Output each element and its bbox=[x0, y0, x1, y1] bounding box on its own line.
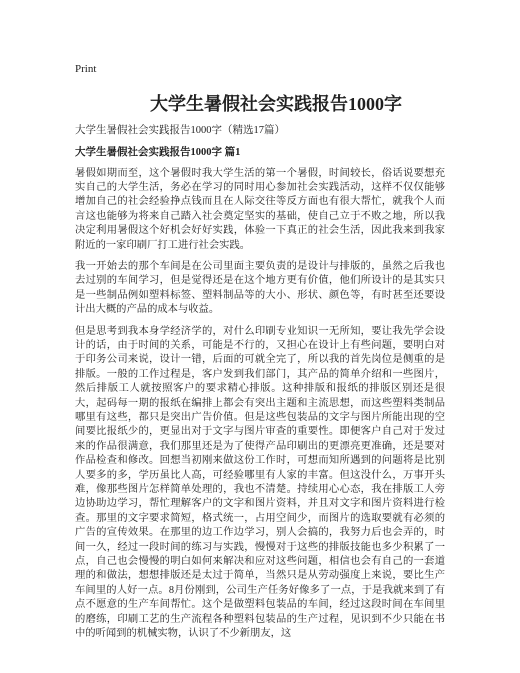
section-heading-part1: 大学生暑假社会实践报告1000字 篇1 bbox=[75, 146, 445, 160]
print-link[interactable]: Print bbox=[75, 63, 96, 76]
document-subtitle: 大学生暑假社会实践报告1000字（精选17篇） bbox=[75, 124, 445, 137]
body-paragraph-2: 我一开始去的那个车间是在公司里面主要负责的是设计与排版的，虽然之后我也去过别的车… bbox=[75, 260, 445, 318]
page-title: 大学生暑假社会实践报告1000字 bbox=[75, 93, 445, 115]
document-page: Print 大学生暑假社会实践报告1000字 大学生暑假社会实践报告1000字（… bbox=[0, 0, 520, 642]
body-paragraph-1: 暑假如期而至，这个暑假时我大学生活的第一个暑假，时间较长，俗话说要想充实自己的大… bbox=[75, 167, 445, 253]
body-paragraph-3: 但是思考到我本身学经济学的，对什么印刷专业知识一无所知，要让我先学会设计的话，由… bbox=[75, 325, 445, 642]
